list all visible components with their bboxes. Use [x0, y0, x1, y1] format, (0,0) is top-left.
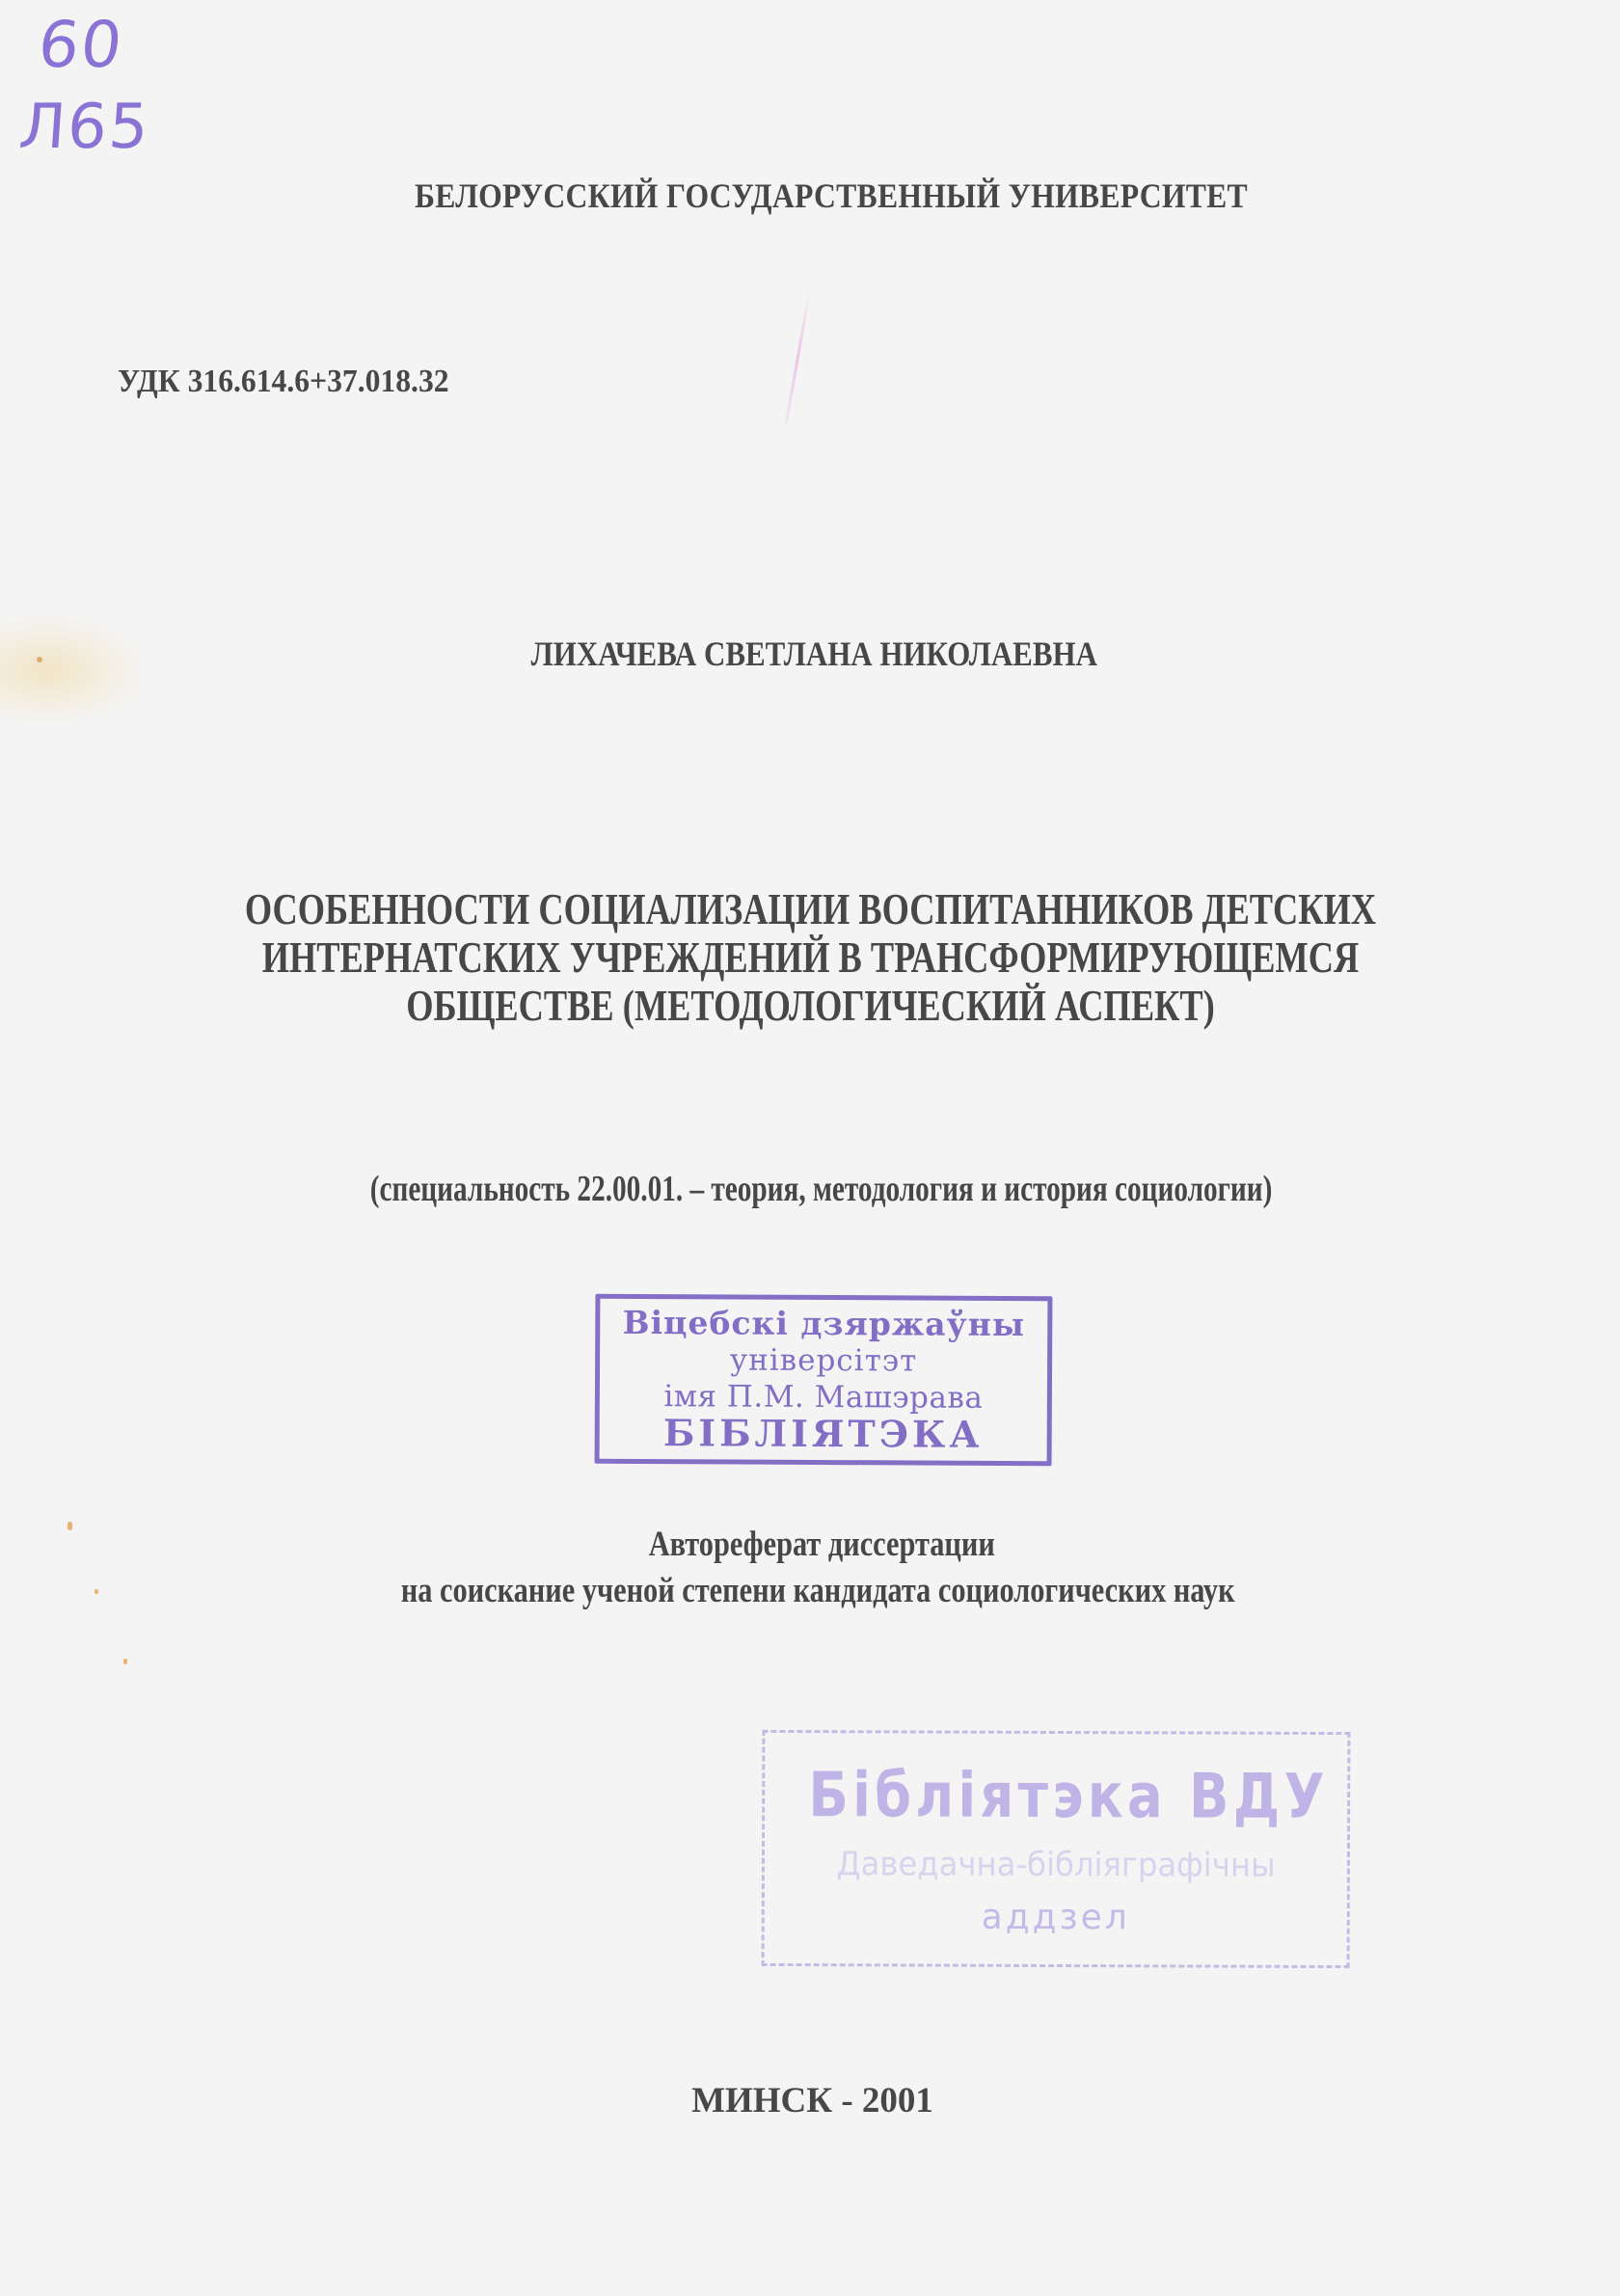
faded-stamp-line-2: Даведачна-бібліяграфічны	[779, 1845, 1333, 1885]
abstract-description: Автореферат диссертации на соискание уче…	[0, 1522, 1620, 1614]
stamp-line-1: Віцебскі дзяржаўны	[600, 1305, 1047, 1343]
university-name: БЕЛОРУССКИЙ ГОСУДАРСТВЕННЫЙ УНИВЕРСИТЕТ	[97, 176, 1523, 216]
city-year: МИНСК - 2001	[0, 2080, 1620, 2121]
faded-library-stamp: Бібліятэка ВДУ Даведачна-бібліяграфічны …	[762, 1730, 1351, 1968]
abstract-line-1: Автореферат диссертации	[146, 1522, 1474, 1568]
paper-speck	[37, 657, 42, 662]
title-line-3: ОБЩЕСТВЕ (МЕТОДОЛОГИЧЕСКИЙ АСПЕКТ)	[171, 982, 1449, 1030]
paper-speck	[123, 1659, 127, 1664]
stamp-line-2: універсітэт	[600, 1341, 1047, 1380]
stray-pen-mark	[785, 290, 811, 423]
specialty-line: (специальность 22.00.01. – теория, метод…	[186, 1168, 1434, 1210]
faded-stamp-line-3: аддзел	[765, 1897, 1347, 1938]
faded-stamp-line-1: Бібліятэка ВДУ	[808, 1760, 1304, 1833]
title-line-2: ИНТЕРНАТСКИХ УЧРЕЖДЕНИЙ В ТРАНСФОРМИРУЮЩ…	[171, 933, 1449, 982]
author-name: ЛИХАЧЕВА СВЕТЛАНА НИКОЛАЕВНА	[114, 634, 1507, 674]
title-line-1: ОСОБЕННОСТИ СОЦИАЛИЗАЦИИ ВОСПИТАННИКОВ Д…	[171, 885, 1449, 933]
stamp-line-4: БІБЛІЯТЭКА	[600, 1415, 1047, 1453]
dissertation-title: ОСОБЕННОСТИ СОЦИАЛИЗАЦИИ ВОСПИТАННИКОВ Д…	[0, 885, 1620, 1030]
library-stamp: Віцебскі дзяржаўны універсітэт імя П.М. …	[595, 1294, 1053, 1466]
handwritten-shelf-mark-line2: Л65	[17, 96, 152, 158]
abstract-line-2: на соискание ученой степени кандидата со…	[146, 1568, 1474, 1614]
udc-code: УДК 316.614.6+37.018.32	[118, 364, 449, 400]
handwritten-shelf-mark-line1: 60	[36, 14, 127, 77]
